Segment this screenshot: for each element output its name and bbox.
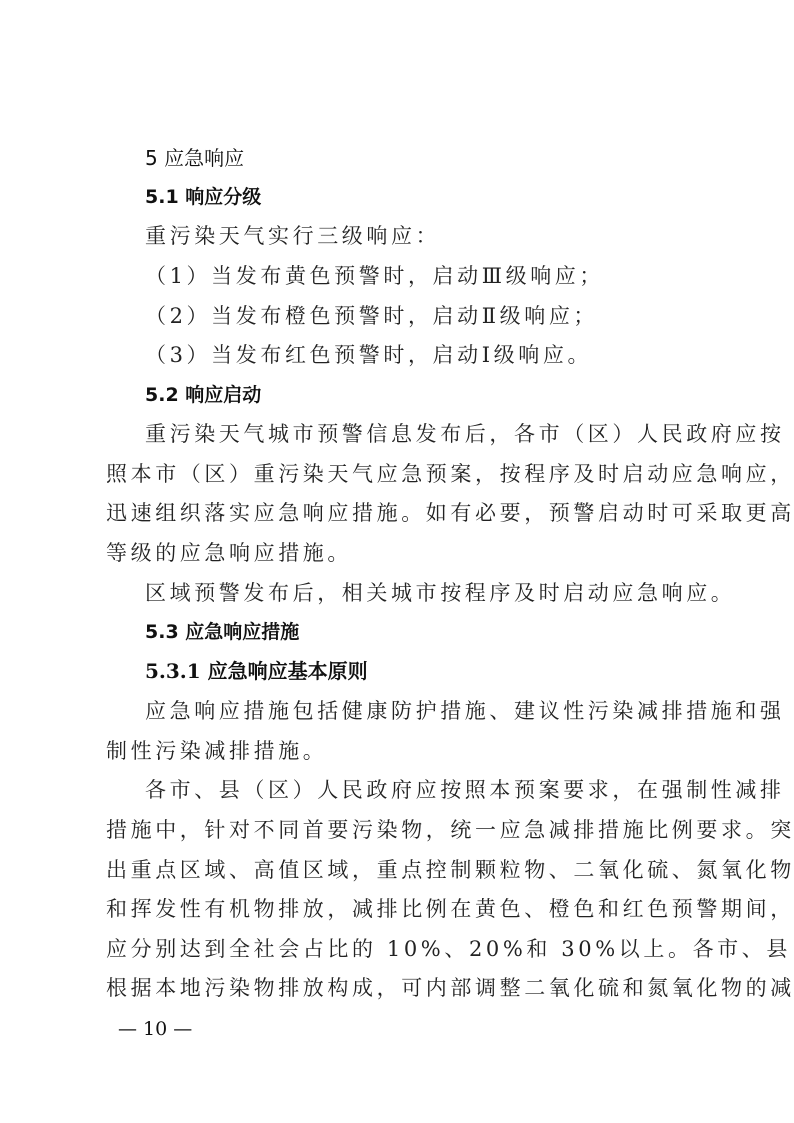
paragraph-line: 各市、县（区）人民政府应按照本预案要求，在强制性减排 xyxy=(145,776,785,804)
paragraph-line: 出重点区域、高值区域，重点控制颗粒物、二氧化硫、氮氧化物 xyxy=(106,856,794,884)
paragraph-line: 应分别达到全社会占比的 10%、20%和 30%以上。各市、县（区） xyxy=(106,935,794,963)
list-item-level-2: （2）当发布橙色预警时，启动Ⅱ级响应； xyxy=(145,302,598,330)
list-item-level-3: （3）当发布红色预警时，启动Ⅰ级响应。 xyxy=(145,341,592,369)
list-item-level-1: （1）当发布黄色预警时，启动Ⅲ级响应； xyxy=(145,262,604,290)
paragraph-line: 等级的应急响应措施。 xyxy=(106,539,352,567)
paragraph-line: 根据本地污染物排放构成，可内部调整二氧化硫和氮氧化物的减 xyxy=(106,974,794,1002)
paragraph-line: 和挥发性有机物排放，减排比例在黄色、橙色和红色预警期间， xyxy=(106,895,794,923)
paragraph-intro-5-1: 重污染天气实行三级响应： xyxy=(145,222,440,250)
paragraph-line: 重污染天气城市预警信息发布后，各市（区）人民政府应按 xyxy=(145,420,785,448)
section-heading-5-2: 5.2 响应启动 xyxy=(145,381,261,409)
paragraph-line: 措施中，针对不同首要污染物，统一应急减排措施比例要求。突 xyxy=(106,816,794,844)
page-number: — 10 — xyxy=(118,1018,192,1040)
section-heading-5-1: 5.1 响应分级 xyxy=(145,183,261,211)
section-heading-5-3: 5.3 应急响应措施 xyxy=(145,618,299,646)
paragraph-line: 照本市（区）重污染天气应急预案，按程序及时启动应急响应， xyxy=(106,460,794,488)
paragraph-line: 迅速组织落实应急响应措施。如有必要，预警启动时可采取更高 xyxy=(106,499,794,527)
paragraph-line: 制性污染减排措施。 xyxy=(106,737,327,765)
paragraph-line: 区域预警发布后，相关城市按程序及时启动应急响应。 xyxy=(145,579,735,607)
section-heading-5: 5 应急响应 xyxy=(145,144,244,172)
paragraph-line: 应急响应措施包括健康防护措施、建议性污染减排措施和强 xyxy=(145,697,785,725)
section-heading-5-3-1: 5.3.1 应急响应基本原则 xyxy=(145,657,368,685)
